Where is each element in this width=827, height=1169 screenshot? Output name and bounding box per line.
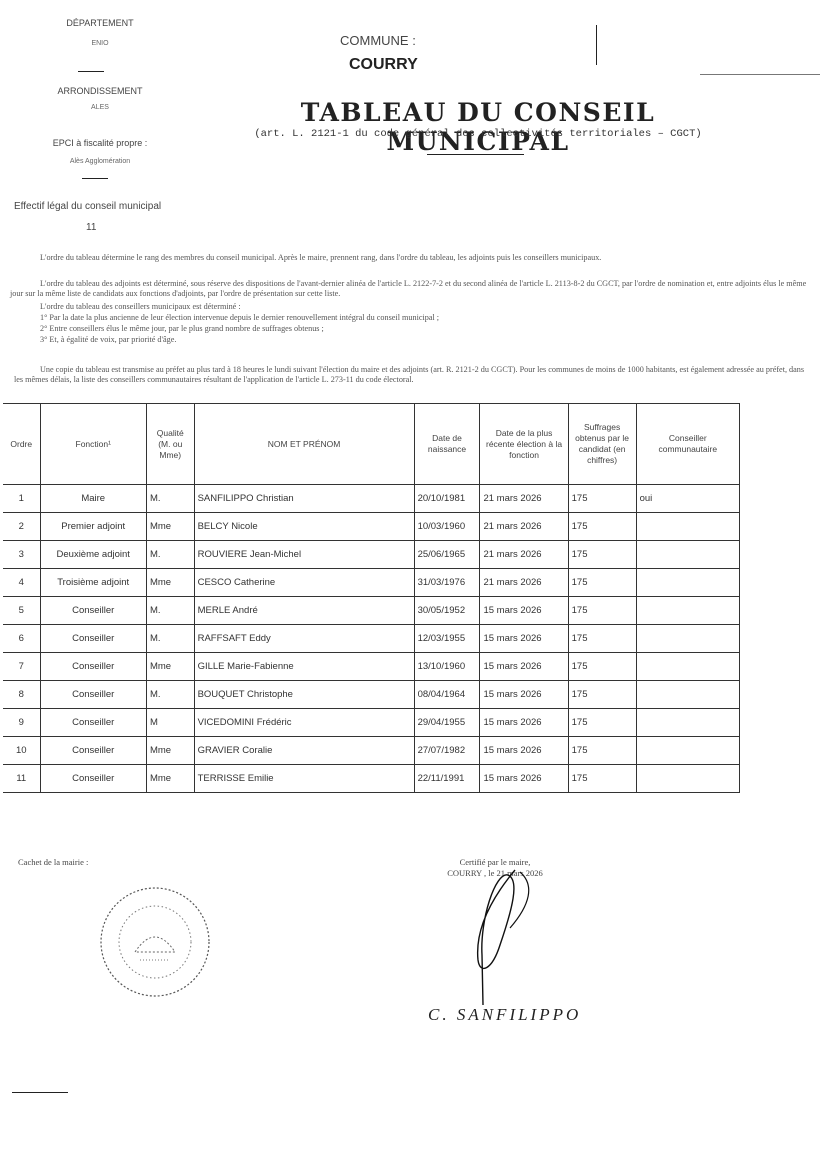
table-row: 3Deuxième adjointM.ROUVIERE Jean-Michel2… [3,541,740,569]
cell-fonction: Conseiller [40,597,146,625]
cell-ordre: 3 [3,541,40,569]
cell-communautaire: oui [636,485,739,513]
col-communautaire: Conseiller communautaire [636,404,739,485]
cell-naissance: 08/04/1964 [414,681,480,709]
paragraph-3: L'ordre du tableau des conseillers munic… [40,302,810,312]
cell-ordre: 10 [3,737,40,765]
cell-fonction: Conseiller [40,625,146,653]
footnote-divider [12,1092,68,1093]
paragraph-2: L'ordre du tableau des adjoints est déte… [10,279,810,299]
cell-nom: BOUQUET Christophe [194,681,414,709]
departement-value: ENIO [0,40,200,47]
cell-communautaire [636,709,739,737]
cell-election: 15 mars 2026 [480,653,568,681]
table-row: 10ConseillerMmeGRAVIER Coralie27/07/1982… [3,737,740,765]
cell-fonction: Conseiller [40,681,146,709]
table-row: 4Troisième adjointMmeCESCO Catherine31/0… [3,569,740,597]
cell-naissance: 20/10/1981 [414,485,480,513]
cell-communautaire [636,765,739,793]
commune-label: COMMUNE : [340,33,416,48]
cell-naissance: 25/06/1965 [414,541,480,569]
cell-naissance: 22/11/1991 [414,765,480,793]
paragraph-4: Une copie du tableau est transmise au pr… [14,365,814,385]
col-ordre: Ordre [3,404,40,485]
col-election: Date de la plus récente élection à la fo… [480,404,568,485]
col-qualite: Qualité (M. ou Mme) [146,404,194,485]
cell-ordre: 8 [3,681,40,709]
cell-naissance: 29/04/1955 [414,709,480,737]
cell-naissance: 10/03/1960 [414,513,480,541]
mairie-stamp-icon [95,882,215,1002]
cell-nom: RAFFSAFT Eddy [194,625,414,653]
cell-nom: GILLE Marie-Fabienne [194,653,414,681]
cell-naissance: 31/03/1976 [414,569,480,597]
cell-election: 15 mars 2026 [480,765,568,793]
cell-election: 21 mars 2026 [480,569,568,597]
cell-fonction: Conseiller [40,737,146,765]
cell-election: 21 mars 2026 [480,485,568,513]
cell-nom: SANFILIPPO Christian [194,485,414,513]
cell-fonction: Conseiller [40,765,146,793]
cell-election: 15 mars 2026 [480,625,568,653]
table-row: 8ConseillerM.BOUQUET Christophe08/04/196… [3,681,740,709]
cell-ordre: 1 [3,485,40,513]
cell-nom: GRAVIER Coralie [194,737,414,765]
divider [78,71,104,72]
epci-value: Alès Agglomération [0,158,200,165]
page-title: TABLEAU DU CONSEIL MUNICIPAL [228,98,728,156]
cell-election: 15 mars 2026 [480,737,568,765]
cell-election: 15 mars 2026 [480,709,568,737]
col-naissance: Date de naissance [414,404,480,485]
cell-ordre: 11 [3,765,40,793]
cell-election: 21 mars 2026 [480,513,568,541]
cell-communautaire [636,653,739,681]
cell-qualite: Mme [146,513,194,541]
cell-suffrages: 175 [568,541,636,569]
col-suffrages: Suffrages obtenus par le candidat (en ch… [568,404,636,485]
cell-nom: ROUVIERE Jean-Michel [194,541,414,569]
cell-fonction: Conseiller [40,653,146,681]
cell-suffrages: 175 [568,737,636,765]
col-fonction: Fonction¹ [40,404,146,485]
cell-suffrages: 175 [568,653,636,681]
effectif-label: Effectif légal du conseil municipal [14,201,161,212]
cell-qualite: M [146,709,194,737]
cell-naissance: 13/10/1960 [414,653,480,681]
cell-suffrages: 175 [568,597,636,625]
cell-suffrages: 175 [568,513,636,541]
cell-ordre: 7 [3,653,40,681]
effectif-value: 11 [86,222,96,233]
cell-naissance: 12/03/1955 [414,625,480,653]
cell-election: 15 mars 2026 [480,597,568,625]
arrondissement-label: ARRONDISSEMENT [0,86,200,96]
cell-naissance: 30/05/1952 [414,597,480,625]
cell-election: 21 mars 2026 [480,541,568,569]
cell-nom: VICEDOMINI Frédéric [194,709,414,737]
signature-text: C. SANFILIPPO [428,1005,581,1024]
cell-ordre: 5 [3,597,40,625]
arrondissement-value: ALES [0,104,200,111]
cell-communautaire [636,625,739,653]
cell-suffrages: 175 [568,625,636,653]
cell-communautaire [636,737,739,765]
cell-qualite: Mme [146,569,194,597]
cell-communautaire [636,569,739,597]
paragraph-3-item-2: 2° Entre conseillers élus le même jour, … [40,324,810,334]
cell-fonction: Troisième adjoint [40,569,146,597]
cell-fonction: Conseiller [40,709,146,737]
table-row: 5ConseillerM.MERLE André30/05/195215 mar… [3,597,740,625]
cell-ordre: 6 [3,625,40,653]
cell-communautaire [636,597,739,625]
cell-fonction: Deuxième adjoint [40,541,146,569]
cell-ordre: 4 [3,569,40,597]
cell-fonction: Maire [40,485,146,513]
cell-nom: CESCO Catherine [194,569,414,597]
stamp-label: Cachet de la mairie : [18,857,88,867]
cell-qualite: M. [146,541,194,569]
cell-suffrages: 175 [568,681,636,709]
cell-fonction: Premier adjoint [40,513,146,541]
box-border [596,25,597,65]
council-table: Ordre Fonction¹ Qualité (M. ou Mme) NOM … [3,403,740,793]
box-border [700,74,820,75]
cell-qualite: M. [146,597,194,625]
table-row: 9ConseillerMVICEDOMINI Frédéric29/04/195… [3,709,740,737]
table-row: 1MaireM.SANFILIPPO Christian20/10/198121… [3,485,740,513]
col-nom: NOM ET PRÉNOM [194,404,414,485]
epci-label: EPCI à fiscalité propre : [0,138,200,148]
table-row: 2Premier adjointMmeBELCY Nicole10/03/196… [3,513,740,541]
page-subtitle: (art. L. 2121-1 du code général des coll… [228,128,728,140]
cell-suffrages: 175 [568,709,636,737]
cell-nom: BELCY Nicole [194,513,414,541]
paragraph-3-item-1: 1° Par la date la plus ancienne de leur … [40,313,810,323]
table-header-row: Ordre Fonction¹ Qualité (M. ou Mme) NOM … [3,404,740,485]
commune-name: COURRY [349,56,418,74]
cell-suffrages: 175 [568,765,636,793]
paragraph-3-item-3: 3° Et, à égalité de voix, par priorité d… [40,335,810,345]
cell-suffrages: 175 [568,485,636,513]
cell-nom: TERRISSE Emilie [194,765,414,793]
table-row: 11ConseillerMmeTERRISSE Emilie22/11/1991… [3,765,740,793]
cell-qualite: M. [146,625,194,653]
cell-qualite: Mme [146,653,194,681]
cell-qualite: M. [146,681,194,709]
title-underline [427,154,524,155]
cell-qualite: M. [146,485,194,513]
mayor-signature-icon: C. SANFILIPPO [420,860,610,1030]
table-row: 6ConseillerM.RAFFSAFT Eddy12/03/195515 m… [3,625,740,653]
cell-naissance: 27/07/1982 [414,737,480,765]
cell-qualite: Mme [146,765,194,793]
cell-ordre: 9 [3,709,40,737]
cell-qualite: Mme [146,737,194,765]
cell-ordre: 2 [3,513,40,541]
cell-communautaire [636,541,739,569]
cell-suffrages: 175 [568,569,636,597]
cell-communautaire [636,513,739,541]
cell-communautaire [636,681,739,709]
table-row: 7ConseillerMmeGILLE Marie-Fabienne13/10/… [3,653,740,681]
paragraph-1: L'ordre du tableau détermine le rang des… [40,253,810,263]
divider [82,178,108,179]
cell-election: 15 mars 2026 [480,681,568,709]
departement-label: DÉPARTEMENT [0,18,200,28]
cell-nom: MERLE André [194,597,414,625]
